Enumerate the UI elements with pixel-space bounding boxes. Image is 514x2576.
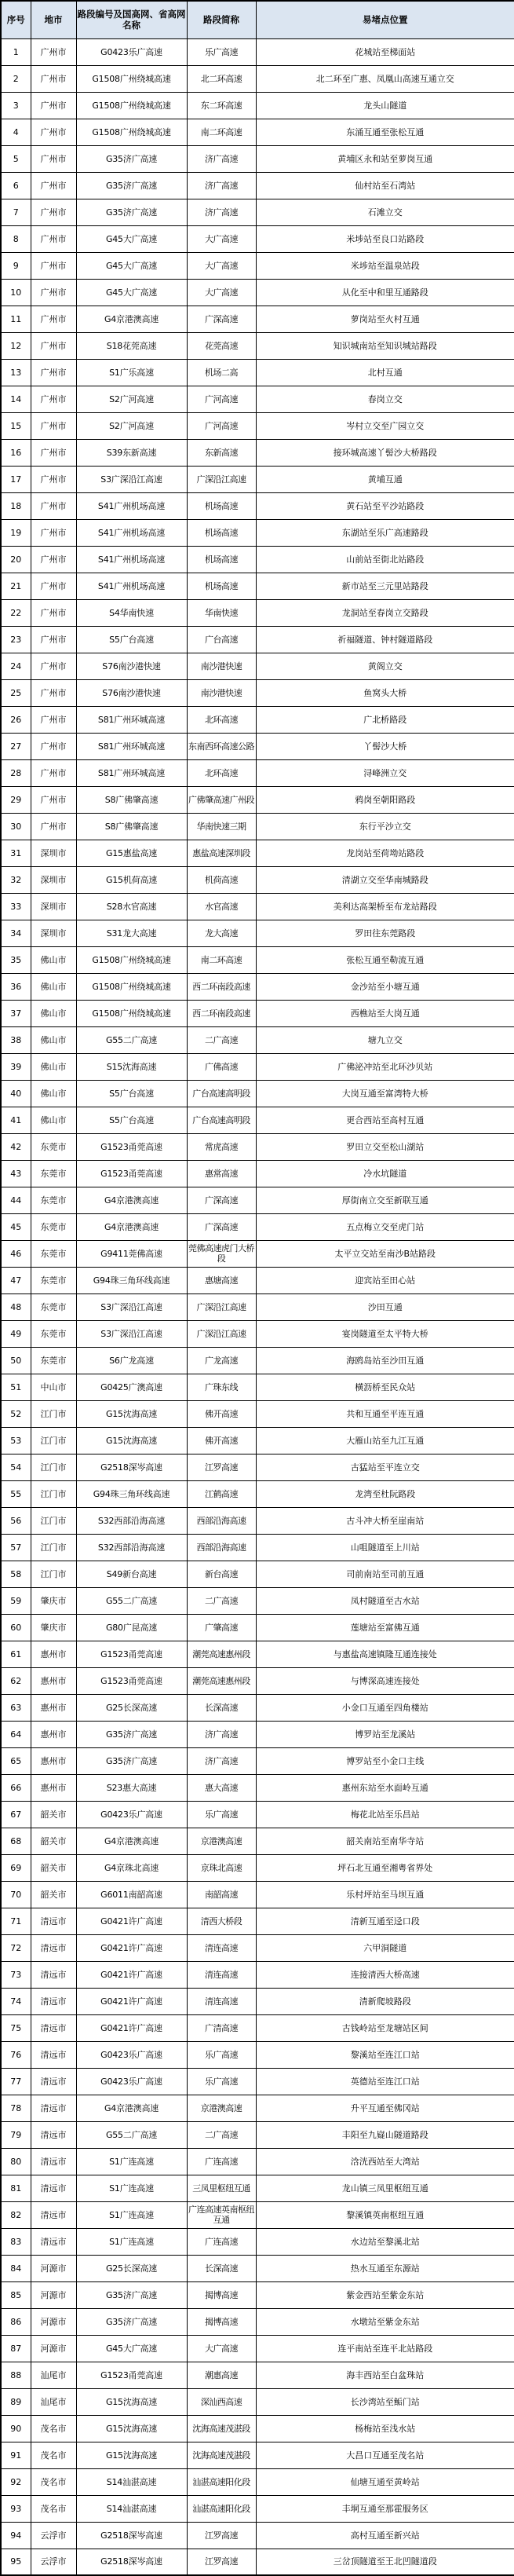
table-row: 43东莞市G1523甬莞高速惠常高速冷水坑隧道 (1, 1160, 514, 1187)
congestion-location-cell: 春岗立交 (256, 386, 514, 412)
table-row: 42东莞市G1523甬莞高速常虎高速罗田立交至松山湖站 (1, 1133, 514, 1160)
congestion-location-cell: 岑村立交至广园立交 (256, 412, 514, 439)
table-row: 75清远市G0421许广高速广清高速古钱岭站至龙塘站区间 (1, 2014, 514, 2041)
row-number-cell: 81 (1, 2175, 31, 2201)
city-cell: 广州市 (31, 786, 76, 813)
congestion-location-cell: 凤村隧道至古水站 (256, 1587, 514, 1614)
road-code-cell: S8广佛肇高速 (76, 813, 187, 840)
congestion-location-cell: 五点梅立交至虎门站 (256, 1213, 514, 1240)
row-number-cell: 17 (1, 466, 31, 492)
row-number-cell: 52 (1, 1400, 31, 1427)
row-number-cell: 75 (1, 2014, 31, 2041)
table-row: 84河源市G25长深高速长深高速热水互通至东源站 (1, 2255, 514, 2281)
congestion-location-cell: 梅花北站至乐昌站 (256, 1801, 514, 1828)
congestion-location-cell: 东行平沙立交 (256, 813, 514, 840)
row-number-cell: 11 (1, 306, 31, 332)
city-cell: 河源市 (31, 2335, 76, 2362)
road-shortname-cell: 华南快速三期 (187, 813, 256, 840)
table-row: 14广州市S2广河高速广河高速春岗立交 (1, 386, 514, 412)
city-cell: 广州市 (31, 813, 76, 840)
road-code-cell: S2广河高速 (76, 386, 187, 412)
road-shortname-cell: 广连高速英南枢纽互通 (187, 2201, 256, 2228)
table-row: 50东莞市S6广龙高速广龙高速海鸥岛站至沙田互通 (1, 1347, 514, 1374)
row-number-cell: 80 (1, 2148, 31, 2175)
road-shortname-cell: 广肇高速 (187, 1614, 256, 1641)
row-number-cell: 84 (1, 2255, 31, 2281)
road-code-cell: G15沈海高速 (76, 1400, 187, 1427)
road-code-cell: S1广连高速 (76, 2175, 187, 2201)
table-row: 79清远市G55二广高速二广高速丰阳至九嶷山隧道路段 (1, 2121, 514, 2148)
table-row: 6广州市G35济广高速济广高速仙村站至石湾站 (1, 172, 514, 199)
congestion-location-cell: 大雁山站至九江互通 (256, 1427, 514, 1454)
column-header-city: 地市 (31, 1, 76, 38)
congestion-location-cell: 古斗冲大桥至崖南站 (256, 1507, 514, 1534)
row-number-cell: 64 (1, 1721, 31, 1747)
table-row: 5广州市G35济广高速济广高速黄埔区永和站至萝岗互通 (1, 145, 514, 172)
table-row: 67韶关市G0423乐广高速乐广高速梅花北站至乐昌站 (1, 1801, 514, 1828)
road-shortname-cell: 济广高速 (187, 199, 256, 225)
column-header-congestion-location: 易堵点位置 (256, 1, 514, 38)
table-row: 16广州市S39东新高速东新高速接环城高速丫髻沙大桥路段 (1, 439, 514, 466)
congestion-location-cell: 东湖站至乐广高速路段 (256, 519, 514, 546)
congestion-location-cell: 古猛站至平连立交 (256, 1454, 514, 1480)
road-code-cell: G4京港澳高速 (76, 1213, 187, 1240)
road-code-cell: G94珠三角环线高速 (76, 1480, 187, 1507)
table-row: 77清远市G0423乐广高速乐广高速英德站至连江口站 (1, 2068, 514, 2095)
city-cell: 东莞市 (31, 1293, 76, 1320)
table-row: 37佛山市G1508广州绕城高速西二环南段高速西樵站至大岗互通 (1, 1000, 514, 1026)
road-shortname-cell: 济广高速 (187, 145, 256, 172)
row-number-cell: 61 (1, 1641, 31, 1667)
road-code-cell: S1广连高速 (76, 2201, 187, 2228)
road-code-cell: G35济广高速 (76, 172, 187, 199)
road-shortname-cell: 沈海高速茂湛段 (187, 2442, 256, 2468)
road-shortname-cell: 西部沿海高速 (187, 1507, 256, 1534)
road-code-cell: G0423乐广高速 (76, 2068, 187, 2095)
city-cell: 清远市 (31, 2228, 76, 2255)
row-number-cell: 76 (1, 2041, 31, 2068)
congestion-location-cell: 共和互通至平连互通 (256, 1400, 514, 1427)
road-code-cell: G1523甬莞高速 (76, 1667, 187, 1694)
city-cell: 江门市 (31, 1480, 76, 1507)
city-cell: 广州市 (31, 733, 76, 759)
road-shortname-cell: 广深高速 (187, 1213, 256, 1240)
road-code-cell: G94珠三角环线高速 (76, 1267, 187, 1293)
road-shortname-cell: 广清高速 (187, 2014, 256, 2041)
row-number-cell: 5 (1, 145, 31, 172)
row-number-cell: 35 (1, 946, 31, 973)
road-shortname-cell: 南沙港快速 (187, 653, 256, 679)
table-row: 71清远市G0421许广高速清西大桥段清新互通至迳口段 (1, 1908, 514, 1934)
congestion-location-cell: 新市站至三元里站路段 (256, 573, 514, 599)
city-cell: 韶关市 (31, 1801, 76, 1828)
congestion-location-cell: 花城站至梯面站 (256, 38, 514, 65)
road-shortname-cell: 潮惠高速 (187, 2362, 256, 2388)
city-cell: 肇庆市 (31, 1587, 76, 1614)
row-number-cell: 21 (1, 573, 31, 599)
row-number-cell: 23 (1, 626, 31, 653)
table-row: 94云浮市G2518深岑高速江罗高速高村互通至新兴站 (1, 2522, 514, 2549)
road-shortname-cell: 大广高速 (187, 279, 256, 306)
road-code-cell: G45大广高速 (76, 252, 187, 279)
city-cell: 佛山市 (31, 1080, 76, 1107)
congestion-location-cell: 仙村站至石湾站 (256, 172, 514, 199)
row-number-cell: 33 (1, 893, 31, 920)
road-shortname-cell: 龙大高速 (187, 920, 256, 946)
road-code-cell: G55二广高速 (76, 1026, 187, 1053)
city-cell: 江门市 (31, 1534, 76, 1561)
congestion-location-cell: 坪石北互通至湘粤省界处 (256, 1854, 514, 1881)
table-row: 17广州市S3广深沿江高速广深沿江高速黄埔互通 (1, 466, 514, 492)
road-shortname-cell: 佛开高速 (187, 1427, 256, 1454)
city-cell: 广州市 (31, 492, 76, 519)
road-shortname-cell: 广深沿江高速 (187, 1293, 256, 1320)
table-row: 95云浮市G2518深岑高速江罗高速三岔顶隧道至王北凹隧道段 (1, 2549, 514, 2575)
road-code-cell: G0421许广高速 (76, 1934, 187, 1961)
road-shortname-cell: 大广高速 (187, 225, 256, 252)
congestion-location-cell: 浔峰洲立交 (256, 759, 514, 786)
road-shortname-cell: 沈海高速茂湛段 (187, 2415, 256, 2442)
road-shortname-cell: 清西大桥段 (187, 1908, 256, 1934)
road-shortname-cell: 潮莞高速惠州段 (187, 1641, 256, 1667)
row-number-cell: 50 (1, 1347, 31, 1374)
table-row: 83清远市S1广连高速广连高速水边站至黎溪北站 (1, 2228, 514, 2255)
road-code-cell: G45大广高速 (76, 225, 187, 252)
road-code-cell: G4京珠北高速 (76, 1854, 187, 1881)
table-row: 12广州市S18花莞高速花莞高速知识城南站至知识城站路段 (1, 332, 514, 359)
table-row: 44东莞市G4京港澳高速广深高速厚街南立交至新联互通 (1, 1187, 514, 1213)
row-number-cell: 28 (1, 759, 31, 786)
road-code-cell: S1广乐高速 (76, 359, 187, 386)
city-cell: 东莞市 (31, 1347, 76, 1374)
city-cell: 广州市 (31, 252, 76, 279)
city-cell: 广州市 (31, 573, 76, 599)
congestion-location-cell: 西樵站至大岗互通 (256, 1000, 514, 1026)
congestion-location-cell: 知识城南站至知识城站路段 (256, 332, 514, 359)
road-code-cell: G55二广高速 (76, 1587, 187, 1614)
congestion-location-cell: 厚街南立交至新联互通 (256, 1187, 514, 1213)
road-code-cell: G15惠盐高速 (76, 840, 187, 866)
road-shortname-cell: 二广高速 (187, 2121, 256, 2148)
congestion-location-cell: 浛洸西站至大湾站 (256, 2148, 514, 2175)
city-cell: 韶关市 (31, 1881, 76, 1908)
city-cell: 深圳市 (31, 866, 76, 893)
table-row: 40佛山市S5广台高速广台高速高明段大岗互通至富湾特大桥 (1, 1080, 514, 1107)
congestion-location-cell: 六甲洞隧道 (256, 1934, 514, 1961)
row-number-cell: 89 (1, 2388, 31, 2415)
table-row: 51中山市G0425广澳高速广珠东线横沥桥至民众站 (1, 1374, 514, 1400)
road-code-cell: S31龙大高速 (76, 920, 187, 946)
city-cell: 韶关市 (31, 1854, 76, 1881)
table-row: 45东莞市G4京港澳高速广深高速五点梅立交至虎门站 (1, 1213, 514, 1240)
table-row: 62惠州市G1523甬莞高速潮莞高速惠州段与博深高速连接处 (1, 1667, 514, 1694)
congestion-location-cell: 龙洞站至春岗立交路段 (256, 599, 514, 626)
road-code-cell: G0421许广高速 (76, 1908, 187, 1934)
congestion-location-cell: 山前站至街北站路段 (256, 546, 514, 573)
city-cell: 江门市 (31, 1400, 76, 1427)
table-row: 81清远市S1广连高速三凤里枢纽互通龙山镇三凤里枢纽互通 (1, 2175, 514, 2201)
city-cell: 清远市 (31, 1961, 76, 1988)
road-shortname-cell: 济广高速 (187, 172, 256, 199)
congestion-location-cell: 黄埔区永和站至萝岗互通 (256, 145, 514, 172)
row-number-cell: 66 (1, 1774, 31, 1801)
road-shortname-cell: 常虎高速 (187, 1133, 256, 1160)
road-shortname-cell: 济广高速 (187, 1747, 256, 1774)
road-code-cell: S23惠大高速 (76, 1774, 187, 1801)
table-row: 29广州市S8广佛肇高速广佛肇高速广州段鸦岗至朝阳路段 (1, 786, 514, 813)
table-row: 2广州市G1508广州绕城高速北二环高速北二环至广惠、凤凰山高速互通立交 (1, 65, 514, 92)
road-code-cell: G0421许广高速 (76, 2014, 187, 2041)
road-code-cell: S3广深沿江高速 (76, 1293, 187, 1320)
row-number-cell: 83 (1, 2228, 31, 2255)
table-row: 54江门市G2518深岑高速江罗高速古猛站至平连立交 (1, 1454, 514, 1480)
city-cell: 清远市 (31, 2095, 76, 2121)
congestion-location-cell: 从化至中和里互通路段 (256, 279, 514, 306)
table-row: 80清远市S1广连高速广连高速浛洸西站至大湾站 (1, 2148, 514, 2175)
row-number-cell: 37 (1, 1000, 31, 1026)
congestion-location-cell: 美利达高架桥至布龙站路段 (256, 893, 514, 920)
road-shortname-cell: 广佛肇高速广州段 (187, 786, 256, 813)
road-code-cell: G0423乐广高速 (76, 38, 187, 65)
congestion-location-cell: 黎溪站至连江口站 (256, 2041, 514, 2068)
road-code-cell: S8广佛肇高速 (76, 786, 187, 813)
row-number-cell: 42 (1, 1133, 31, 1160)
row-number-cell: 36 (1, 973, 31, 1000)
row-number-cell: 72 (1, 1934, 31, 1961)
table-row: 36佛山市G1508广州绕城高速西二环南段高速金沙站至小塘互通 (1, 973, 514, 1000)
city-cell: 肇庆市 (31, 1614, 76, 1641)
road-code-cell: S18花莞高速 (76, 332, 187, 359)
road-shortname-cell: 广台高速高明段 (187, 1080, 256, 1107)
road-code-cell: S49新台高速 (76, 1561, 187, 1587)
road-shortname-cell: 新台高速 (187, 1561, 256, 1587)
table-row: 20广州市S41广州机场高速机场高速山前站至街北站路段 (1, 546, 514, 573)
city-cell: 广州市 (31, 92, 76, 119)
table-row: 19广州市S41广州机场高速机场高速东湖站至乐广高速路段 (1, 519, 514, 546)
row-number-cell: 67 (1, 1801, 31, 1828)
congestion-location-cell: 龙岗站至荷坳站路段 (256, 840, 514, 866)
city-cell: 佛山市 (31, 1107, 76, 1133)
city-cell: 惠州市 (31, 1747, 76, 1774)
city-cell: 佛山市 (31, 946, 76, 973)
congestion-location-cell: 米埗站至良口站路段 (256, 225, 514, 252)
city-cell: 东莞市 (31, 1160, 76, 1187)
city-cell: 惠州市 (31, 1641, 76, 1667)
row-number-cell: 19 (1, 519, 31, 546)
road-shortname-cell: 广河高速 (187, 386, 256, 412)
table-row: 53江门市G15沈海高速佛开高速大雁山站至九江互通 (1, 1427, 514, 1454)
table-body: 1广州市G0423乐广高速乐广高速花城站至梯面站2广州市G1508广州绕城高速北… (1, 38, 514, 2575)
city-cell: 广州市 (31, 759, 76, 786)
city-cell: 东莞市 (31, 1213, 76, 1240)
row-number-cell: 1 (1, 38, 31, 65)
table-header-row: 序号 地市 路段编号及国高网、省高网名称 路段简称 易堵点位置 (1, 1, 514, 38)
road-shortname-cell: 广深高速 (187, 306, 256, 332)
road-code-cell: G1508广州绕城高速 (76, 946, 187, 973)
table-row: 89汕尾市G15沈海高速深汕西高速长沙湾站至鲘门站 (1, 2388, 514, 2415)
city-cell: 清远市 (31, 2041, 76, 2068)
city-cell: 惠州市 (31, 1667, 76, 1694)
road-shortname-cell: 东南西环高速公路 (187, 733, 256, 759)
congestion-location-cell: 龙头山隧道 (256, 92, 514, 119)
road-shortname-cell: 机场高速 (187, 492, 256, 519)
road-shortname-cell: 清连高速 (187, 1988, 256, 2014)
table-row: 25广州市S76南沙港快速南沙港快速鱼窝头大桥 (1, 679, 514, 706)
city-cell: 河源市 (31, 2308, 76, 2335)
row-number-cell: 20 (1, 546, 31, 573)
city-cell: 深圳市 (31, 920, 76, 946)
city-cell: 清远市 (31, 1934, 76, 1961)
congestion-location-cell: 丰阳至九嶷山隧道路段 (256, 2121, 514, 2148)
congestion-location-cell: 大岗互通至富湾特大桥 (256, 1080, 514, 1107)
road-shortname-cell: 广河高速 (187, 412, 256, 439)
table-row: 38佛山市G55二广高速二广高速塘九立交 (1, 1026, 514, 1053)
road-code-cell: S41广州机场高速 (76, 573, 187, 599)
road-code-cell: S1广连高速 (76, 2228, 187, 2255)
city-cell: 广州市 (31, 412, 76, 439)
row-number-cell: 55 (1, 1480, 31, 1507)
congestion-location-cell: 沙田互通 (256, 1293, 514, 1320)
congestion-location-cell: 宴岗隧道至太平特大桥 (256, 1320, 514, 1347)
table-row: 68韶关市G4京港澳高速京港澳高速韶关南站至南华寺站 (1, 1828, 514, 1854)
road-code-cell: S76南沙港快速 (76, 653, 187, 679)
city-cell: 惠州市 (31, 1694, 76, 1721)
road-code-cell: S14汕湛高速 (76, 2495, 187, 2522)
road-code-cell: G4京港澳高速 (76, 1828, 187, 1854)
road-shortname-cell: 广龙高速 (187, 1347, 256, 1374)
table-row: 58江门市S49新台高速新台高速司前南站至司前互通 (1, 1561, 514, 1587)
table-row: 48东莞市S3广深沿江高速广深沿江高速沙田互通 (1, 1293, 514, 1320)
road-shortname-cell: 江鹤高速 (187, 1480, 256, 1507)
table-row: 22广州市S4华南快速华南快速龙洞站至春岗立交路段 (1, 599, 514, 626)
road-code-cell: S41广州机场高速 (76, 546, 187, 573)
congestion-location-cell: 惠州东站至水面岭互通 (256, 1774, 514, 1801)
road-shortname-cell: 清连高速 (187, 1934, 256, 1961)
road-shortname-cell: 揭博高速 (187, 2308, 256, 2335)
row-number-cell: 2 (1, 65, 31, 92)
row-number-cell: 90 (1, 2415, 31, 2442)
city-cell: 惠州市 (31, 1774, 76, 1801)
table-row: 3广州市G1508广州绕城高速东二环高速龙头山隧道 (1, 92, 514, 119)
city-cell: 广州市 (31, 306, 76, 332)
table-row: 4广州市G1508广州绕城高速南二环高速东涌互通至张松互通 (1, 119, 514, 145)
city-cell: 广州市 (31, 172, 76, 199)
row-number-cell: 54 (1, 1454, 31, 1480)
road-shortname-cell: 惠常高速 (187, 1160, 256, 1187)
row-number-cell: 3 (1, 92, 31, 119)
city-cell: 佛山市 (31, 973, 76, 1000)
row-number-cell: 88 (1, 2362, 31, 2388)
city-cell: 东莞市 (31, 1187, 76, 1213)
table-row: 7广州市G35济广高速济广高速石滩立交 (1, 199, 514, 225)
table-row: 9广州市G45大广高速大广高速米埗站至温泉站段 (1, 252, 514, 279)
table-row: 87河源市G45大广高速大广高速连平南站至连平北站路段 (1, 2335, 514, 2362)
table-row: 46东莞市G9411莞佛高速莞佛高速虎门大桥段太平立交站至南沙B站路段 (1, 1240, 514, 1267)
congestion-location-cell: 金沙站至小塘互通 (256, 973, 514, 1000)
table-row: 15广州市S2广河高速广河高速岑村立交至广园立交 (1, 412, 514, 439)
row-number-cell: 87 (1, 2335, 31, 2362)
city-cell: 东莞市 (31, 1320, 76, 1347)
row-number-cell: 15 (1, 412, 31, 439)
city-cell: 清远市 (31, 2014, 76, 2041)
road-shortname-cell: 水官高速 (187, 893, 256, 920)
table-row: 8广州市G45大广高速大广高速米埗站至良口站路段 (1, 225, 514, 252)
city-cell: 广州市 (31, 626, 76, 653)
road-code-cell: G0423乐广高速 (76, 1801, 187, 1828)
table-row: 1广州市G0423乐广高速乐广高速花城站至梯面站 (1, 38, 514, 65)
road-shortname-cell: 广深高速 (187, 1187, 256, 1213)
road-code-cell: G35济广高速 (76, 2281, 187, 2308)
table-row: 92茂名市S14汕湛高速汕湛高速阳化段仙塘互通至黄岭站 (1, 2468, 514, 2495)
road-code-cell: G1523甬莞高速 (76, 1133, 187, 1160)
row-number-cell: 24 (1, 653, 31, 679)
congestion-location-cell: 古钱岭站至龙塘站区间 (256, 2014, 514, 2041)
road-shortname-cell: 惠大高速 (187, 1774, 256, 1801)
road-code-cell: G0425广澳高速 (76, 1374, 187, 1400)
congestion-location-cell: 小金口互通至四角楼站 (256, 1694, 514, 1721)
road-code-cell: G1508广州绕城高速 (76, 1000, 187, 1026)
congestion-location-cell: 塘九立交 (256, 1026, 514, 1053)
table-row: 57江门市S32西部沿海高速西部沿海高速山咀隧道至上川站 (1, 1534, 514, 1561)
road-code-cell: S1广连高速 (76, 2148, 187, 2175)
road-code-cell: G15沈海高速 (76, 2415, 187, 2442)
row-number-cell: 56 (1, 1507, 31, 1534)
row-number-cell: 18 (1, 492, 31, 519)
table-row: 70韶关市G6011南韶高速南韶高速乐村坪站至马坝互通 (1, 1881, 514, 1908)
road-shortname-cell: 北二环高速 (187, 65, 256, 92)
congestion-location-cell: 鱼窝头大桥 (256, 679, 514, 706)
row-number-cell: 27 (1, 733, 31, 759)
row-number-cell: 58 (1, 1561, 31, 1587)
road-shortname-cell: 机场高速 (187, 573, 256, 599)
road-code-cell: S81广州环城高速 (76, 733, 187, 759)
congestion-location-cell: 清湖立交至华南城路段 (256, 866, 514, 893)
row-number-cell: 71 (1, 1908, 31, 1934)
city-cell: 佛山市 (31, 1053, 76, 1080)
road-shortname-cell: 广台高速高明段 (187, 1107, 256, 1133)
city-cell: 广州市 (31, 38, 76, 65)
road-shortname-cell: 机荷高速 (187, 866, 256, 893)
road-code-cell: G1523甬莞高速 (76, 2362, 187, 2388)
road-shortname-cell: 莞佛高速虎门大桥段 (187, 1240, 256, 1267)
city-cell: 广州市 (31, 145, 76, 172)
congestion-location-cell: 博罗站至龙溪站 (256, 1721, 514, 1747)
road-code-cell: G2518深岑高速 (76, 2549, 187, 2575)
row-number-cell: 68 (1, 1828, 31, 1854)
road-shortname-cell: 西部沿海高速 (187, 1534, 256, 1561)
city-cell: 汕尾市 (31, 2362, 76, 2388)
road-shortname-cell: 广深沿江高速 (187, 1320, 256, 1347)
table-row: 74清远市G0421许广高速清连高速清新爬坡路段 (1, 1988, 514, 2014)
congestion-location-cell: 英德站至连江口站 (256, 2068, 514, 2095)
road-shortname-cell: 东二环高速 (187, 92, 256, 119)
congestion-location-cell: 冷水坑隧道 (256, 1160, 514, 1187)
city-cell: 广州市 (31, 119, 76, 145)
road-code-cell: S15沈海高速 (76, 1053, 187, 1080)
city-cell: 广州市 (31, 519, 76, 546)
city-cell: 广州市 (31, 653, 76, 679)
road-shortname-cell: 长深高速 (187, 1694, 256, 1721)
road-shortname-cell: 济广高速 (187, 1721, 256, 1747)
city-cell: 广州市 (31, 332, 76, 359)
table-row: 56江门市S32西部沿海高速西部沿海高速古斗冲大桥至崖南站 (1, 1507, 514, 1534)
city-cell: 清远市 (31, 2201, 76, 2228)
congestion-location-cell: 升平互通至佛冈站 (256, 2095, 514, 2121)
congestion-location-cell: 三岔顶隧道至王北凹隧道段 (256, 2549, 514, 2575)
table-row: 86河源市G35济广高速揭博高速水墩站至紫金东站 (1, 2308, 514, 2335)
congestion-location-cell: 仙塘互通至黄岭站 (256, 2468, 514, 2495)
road-code-cell: G1523甬莞高速 (76, 1641, 187, 1667)
